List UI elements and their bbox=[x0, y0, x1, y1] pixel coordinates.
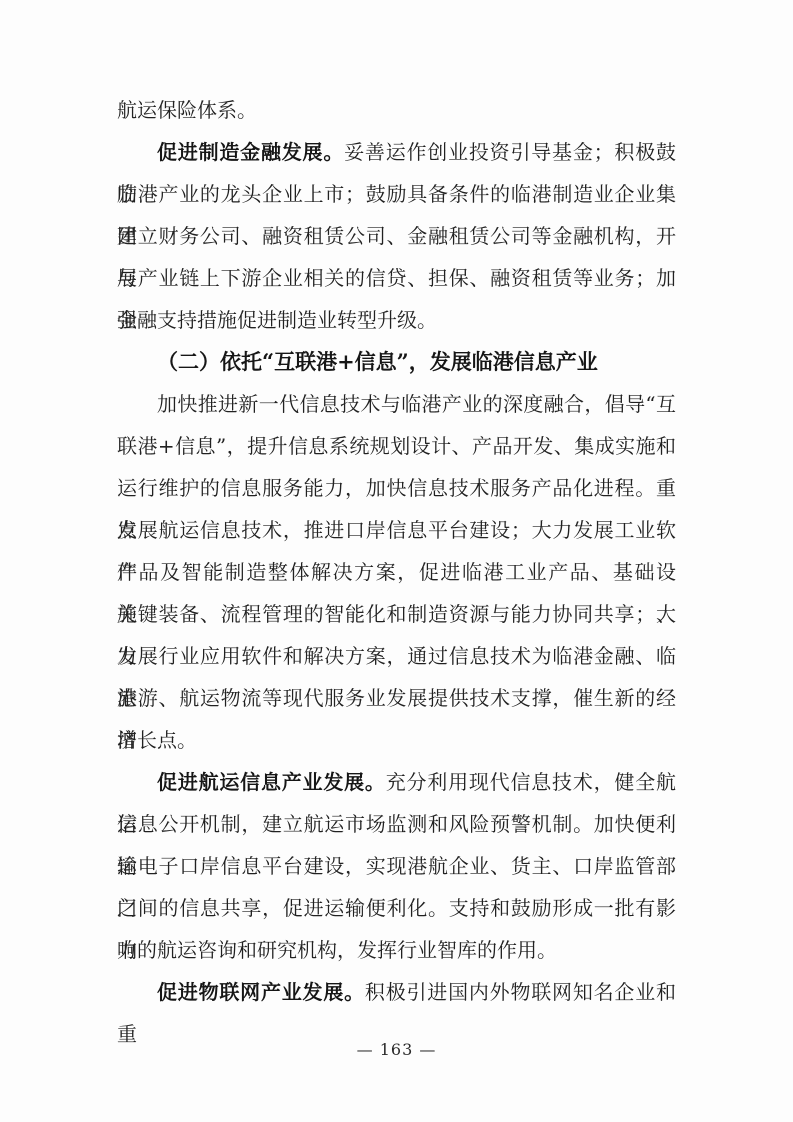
line-text: 航运保险体系。 bbox=[117, 98, 257, 122]
paragraph-line: 信息公开机制，建立航运市场监测和风险预警机制。加快便利运 bbox=[117, 803, 676, 845]
paragraph-line: 联港+信息”，提升信息系统规划设计、产品开发、集成实施和 bbox=[117, 425, 676, 467]
line-text: 加快推进新一代信息技术与临港产业的深度融合，倡导“互 bbox=[157, 392, 676, 416]
paragraph-lead: 促进航运信息产业发展。 bbox=[157, 770, 386, 794]
paragraph-line: 促进航运信息产业发展。充分利用现代信息技术，健全航运 bbox=[117, 761, 676, 803]
paragraph-line: 产品及智能制造整体解决方案，促进临港工业产品、基础设施、 bbox=[117, 551, 676, 593]
paragraph-line: 与产业链上下游企业相关的信贷、担保、融资租赁等业务；加强 bbox=[117, 257, 676, 299]
paragraph-line: 运行维护的信息服务能力，加快信息技术服务产品化进程。重点 bbox=[117, 467, 676, 509]
paragraph-line: 增长点。 bbox=[117, 719, 676, 761]
text-block: 航运保险体系。 促进制造金融发展。妥善运作创业投资引导基金；积极鼓励 临港产业的… bbox=[117, 89, 676, 1013]
paragraph-line: 加快推进新一代信息技术与临港产业的深度融合，倡导“互 bbox=[117, 383, 676, 425]
paragraph-line: 建立财务公司、融资租赁公司、金融租赁公司等金融机构，开展 bbox=[117, 215, 676, 257]
paragraph-line: 关键装备、流程管理的智能化和制造资源与能力协同共享；大力 bbox=[117, 593, 676, 635]
paragraph-line: 旅游、航运物流等现代服务业发展提供技术支撑，催生新的经济 bbox=[117, 677, 676, 719]
section-heading: （二）依托“互联港+信息”，发展临港信息产业 bbox=[117, 341, 676, 383]
line-text: 力的航运咨询和研究机构，发挥行业智库的作用。 bbox=[117, 938, 557, 962]
paragraph-line: 力的航运咨询和研究机构，发挥行业智库的作用。 bbox=[117, 929, 676, 971]
line-text: 增长点。 bbox=[117, 728, 197, 752]
paragraph-line: 促进制造金融发展。妥善运作创业投资引导基金；积极鼓励 bbox=[117, 131, 676, 173]
section-heading-text: （二）依托“互联港+信息”，发展临港信息产业 bbox=[157, 349, 598, 374]
paragraph-line: 发展行业应用软件和解决方案，通过信息技术为临港金融、临港 bbox=[117, 635, 676, 677]
paragraph-line: 输电子口岸信息平台建设，实现港航企业、货主、口岸监管部门 bbox=[117, 845, 676, 887]
paragraph-lead: 促进物联网产业发展。 bbox=[157, 980, 365, 1004]
paragraph-line: 金融支持措施促进制造业转型升级。 bbox=[117, 299, 676, 341]
paragraph-lead: 促进制造金融发展。 bbox=[157, 140, 344, 164]
paragraph-line: 促进物联网产业发展。积极引进国内外物联网知名企业和重 bbox=[117, 971, 676, 1013]
line-text: 联港+信息”，提升信息系统规划设计、产品开发、集成实施和 bbox=[117, 434, 676, 458]
page-number: — 163 — bbox=[0, 1040, 793, 1059]
paragraph-line: 发展航运信息技术，推进口岸信息平台建设；大力发展工业软件 bbox=[117, 509, 676, 551]
document-page: 航运保险体系。 促进制造金融发展。妥善运作创业投资引导基金；积极鼓励 临港产业的… bbox=[0, 0, 793, 1122]
paragraph-line: 之间的信息共享，促进运输便利化。支持和鼓励形成一批有影响 bbox=[117, 887, 676, 929]
paragraph-line: 航运保险体系。 bbox=[117, 89, 676, 131]
paragraph-line: 临港产业的龙头企业上市；鼓励具备条件的临港制造业企业集团 bbox=[117, 173, 676, 215]
line-text: 金融支持措施促进制造业转型升级。 bbox=[117, 308, 437, 332]
